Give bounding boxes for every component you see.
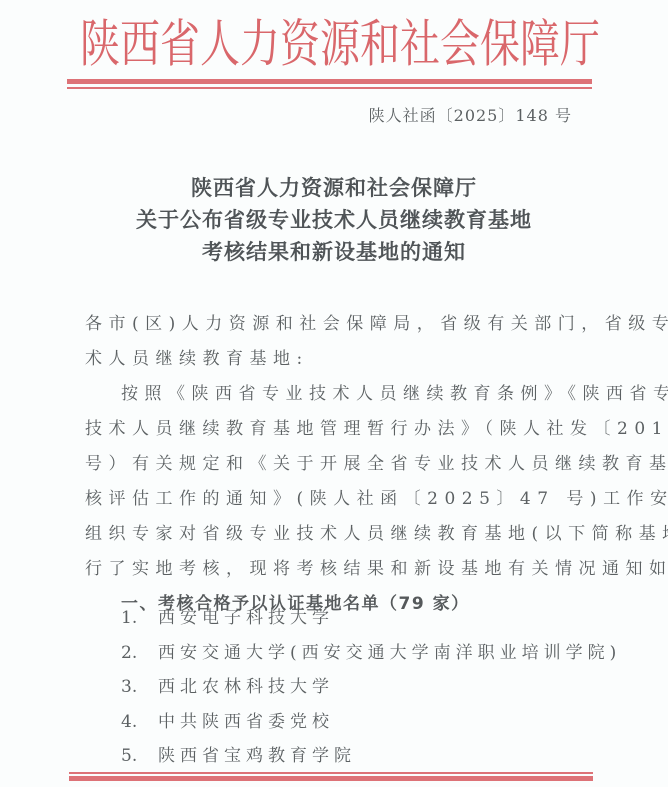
list-item-number: 1.: [121, 601, 158, 636]
paragraph-line: 技术人员继续教育基地管理暂行办法》（陕人社发〔2013〕60: [85, 412, 605, 447]
masthead-char: 和: [360, 8, 400, 82]
masthead-char: 社: [400, 8, 440, 82]
masthead-char: 力: [240, 8, 280, 82]
title-line: 陕西省人力资源和社会保障厅: [0, 172, 668, 204]
paragraph-line: 组织专家对省级专业技术人员继续教育基地(以下简称基地)进: [85, 517, 605, 552]
title-line: 关于公布省级专业技术人员继续教育基地: [0, 204, 668, 236]
list-item-number: 4.: [121, 705, 158, 740]
masthead-char: 厅: [560, 8, 600, 82]
header-thick-divider: [67, 79, 592, 84]
masthead-char: 人: [200, 8, 240, 82]
masthead-char: 障: [520, 8, 560, 82]
paragraph-line: 按照《陕西省专业技术人员继续教育条例》《陕西省专业: [85, 377, 605, 412]
list-item: 5. 陕西省宝鸡教育学院: [121, 739, 621, 774]
list-item-number: 3.: [121, 670, 158, 705]
footer-thin-divider: [69, 772, 593, 774]
list-item-name: 中共陕西省委党校: [158, 705, 334, 740]
masthead-char: 陕: [80, 8, 120, 82]
certified-base-list: 1. 西安电子科技大学 2. 西安交通大学(西安交通大学南洋职业培训学院) 3.…: [121, 601, 621, 774]
list-item: 3. 西北农林科技大学: [121, 670, 621, 705]
masthead-char: 资: [280, 8, 320, 82]
list-item-number: 2.: [121, 636, 158, 671]
list-item: 4. 中共陕西省委党校: [121, 705, 621, 740]
paragraph-line: 核评估工作的通知》(陕人社函〔2025〕47 号)工作安排，我们: [85, 482, 605, 517]
header-thin-divider: [67, 87, 592, 89]
salutation-line: 各市(区)人力资源和社会保障局，省级有关部门，省级专业技: [85, 307, 605, 342]
list-item: 1. 西安电子科技大学: [121, 601, 621, 636]
list-item: 2. 西安交通大学(西安交通大学南洋职业培训学院): [121, 636, 621, 671]
masthead-title: 陕 西 省 人 力 资 源 和 社 会 保 障 厅: [80, 16, 580, 74]
masthead-char: 源: [320, 8, 360, 82]
list-item-name: 西安电子科技大学: [158, 601, 334, 636]
list-item-number: 5.: [121, 739, 158, 774]
document-title: 陕西省人力资源和社会保障厅 关于公布省级专业技术人员继续教育基地 考核结果和新设…: [0, 172, 668, 268]
list-item-name: 西北农林科技大学: [158, 670, 334, 705]
salutation-line: 术人员继续教育基地:: [85, 342, 605, 377]
list-item-name: 西安交通大学(西安交通大学南洋职业培训学院): [158, 636, 621, 671]
masthead-char: 省: [160, 8, 200, 82]
paragraph-line: 号）有关规定和《关于开展全省专业技术人员继续教育基地考: [85, 447, 605, 482]
masthead-char: 会: [440, 8, 480, 82]
paragraph-line: 行了实地考核，现将考核结果和新设基地有关情况通知如下:: [85, 552, 605, 587]
masthead-char: 保: [480, 8, 520, 82]
document-number: 陕人社函〔2025〕148 号: [369, 103, 572, 126]
title-line: 考核结果和新设基地的通知: [0, 236, 668, 268]
list-item-name: 陕西省宝鸡教育学院: [158, 739, 356, 774]
masthead-char: 西: [120, 8, 160, 82]
document-body: 各市(区)人力资源和社会保障局，省级有关部门，省级专业技 术人员继续教育基地: …: [85, 307, 605, 622]
footer-thick-divider: [69, 776, 593, 781]
